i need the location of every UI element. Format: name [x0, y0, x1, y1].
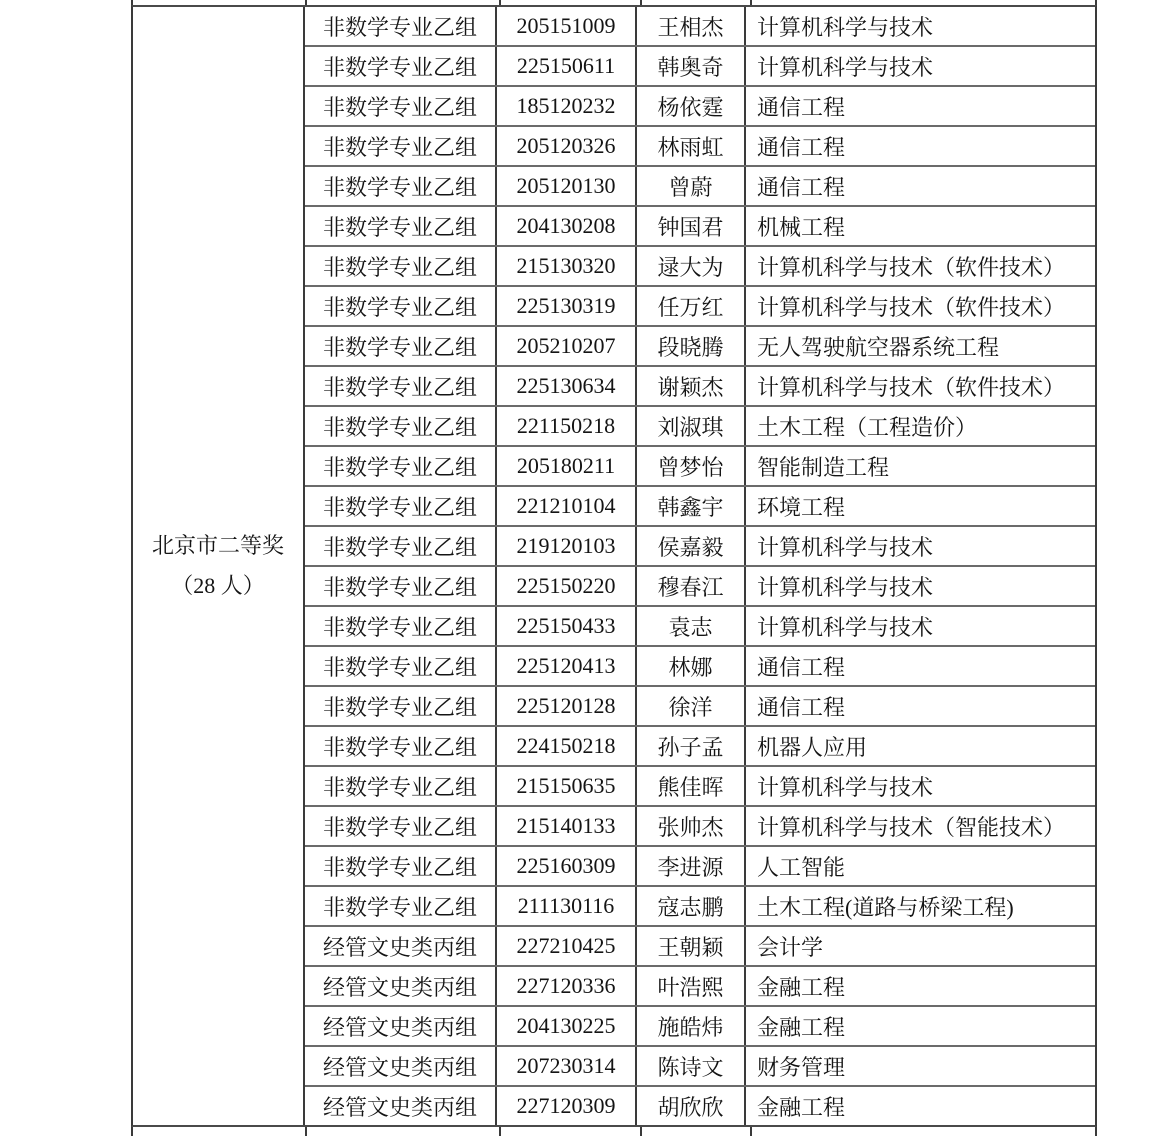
row-major-cell: 财务管理	[746, 1047, 1095, 1085]
row-group-cell: 非数学专业乙组	[305, 527, 497, 565]
table-row: 非数学专业乙组 205151009 王相杰 计算机科学与技术	[305, 7, 1095, 47]
table-row: 非数学专业乙组 225160309 李进源 人工智能	[305, 847, 1095, 887]
row-group-cell: 非数学专业乙组	[305, 247, 497, 285]
bottom-partial-row	[0, 1127, 1170, 1136]
table-row: 非数学专业乙组 215130320 逯大为 计算机科学与技术（软件技术）	[305, 247, 1095, 287]
award-merged-cell: 北京市二等奖 （28 人）	[133, 7, 305, 1125]
row-student-id-cell: 227120309	[497, 1087, 637, 1125]
row-student-id-cell: 225130634	[497, 367, 637, 405]
row-name-cell: 李进源	[637, 847, 746, 885]
row-group-cell: 非数学专业乙组	[305, 87, 497, 125]
grid-line-stub	[640, 1127, 642, 1136]
grid-line-stub	[305, 1127, 307, 1136]
row-student-id-cell: 205151009	[497, 7, 637, 45]
row-student-id-cell: 215150635	[497, 767, 637, 805]
row-group-cell: 非数学专业乙组	[305, 287, 497, 325]
row-student-id-cell: 215130320	[497, 247, 637, 285]
table-row: 非数学专业乙组 205120326 林雨虹 通信工程	[305, 127, 1095, 167]
row-student-id-cell: 225150611	[497, 47, 637, 85]
row-major-cell: 计算机科学与技术	[746, 47, 1095, 85]
row-student-id-cell: 225130319	[497, 287, 637, 325]
row-student-id-cell: 205120326	[497, 127, 637, 165]
row-student-id-cell: 185120232	[497, 87, 637, 125]
row-major-cell: 通信工程	[746, 647, 1095, 685]
award-title-line1: 北京市二等奖	[152, 526, 284, 566]
row-name-cell: 孙子孟	[637, 727, 746, 765]
row-major-cell: 机器人应用	[746, 727, 1095, 765]
row-major-cell: 计算机科学与技术	[746, 607, 1095, 645]
table-row: 经管文史类丙组 227210425 王朝颖 会计学	[305, 927, 1095, 967]
grid-line-stub	[131, 1127, 133, 1136]
row-major-cell: 通信工程	[746, 127, 1095, 165]
row-student-id-cell: 227120336	[497, 967, 637, 1005]
row-name-cell: 胡欣欣	[637, 1087, 746, 1125]
row-name-cell: 林娜	[637, 647, 746, 685]
row-student-id-cell: 205120130	[497, 167, 637, 205]
row-name-cell: 侯嘉毅	[637, 527, 746, 565]
row-group-cell: 非数学专业乙组	[305, 407, 497, 445]
table-row: 非数学专业乙组 219120103 侯嘉毅 计算机科学与技术	[305, 527, 1095, 567]
row-student-id-cell: 225160309	[497, 847, 637, 885]
row-major-cell: 金融工程	[746, 1087, 1095, 1125]
row-student-id-cell: 227210425	[497, 927, 637, 965]
row-student-id-cell: 204130208	[497, 207, 637, 245]
grid-line-stub	[750, 1127, 752, 1136]
row-group-cell: 经管文史类丙组	[305, 1007, 497, 1045]
row-name-cell: 袁志	[637, 607, 746, 645]
row-group-cell: 非数学专业乙组	[305, 887, 497, 925]
row-major-cell: 人工智能	[746, 847, 1095, 885]
row-group-cell: 非数学专业乙组	[305, 847, 497, 885]
row-student-id-cell: 205210207	[497, 327, 637, 365]
row-student-id-cell: 225120413	[497, 647, 637, 685]
row-name-cell: 张帅杰	[637, 807, 746, 845]
row-name-cell: 徐洋	[637, 687, 746, 725]
row-student-id-cell: 205180211	[497, 447, 637, 485]
row-name-cell: 刘淑琪	[637, 407, 746, 445]
row-student-id-cell: 224150218	[497, 727, 637, 765]
row-group-cell: 非数学专业乙组	[305, 727, 497, 765]
row-major-cell: 土木工程(道路与桥梁工程)	[746, 887, 1095, 925]
row-name-cell: 段晓腾	[637, 327, 746, 365]
row-group-cell: 非数学专业乙组	[305, 567, 497, 605]
row-major-cell: 计算机科学与技术	[746, 527, 1095, 565]
row-major-cell: 计算机科学与技术（智能技术）	[746, 807, 1095, 845]
row-name-cell: 寇志鹏	[637, 887, 746, 925]
table-row: 非数学专业乙组 185120232 杨依霆 通信工程	[305, 87, 1095, 127]
row-group-cell: 非数学专业乙组	[305, 447, 497, 485]
row-student-id-cell: 204130225	[497, 1007, 637, 1045]
row-major-cell: 计算机科学与技术	[746, 767, 1095, 805]
table-row: 经管文史类丙组 207230314 陈诗文 财务管理	[305, 1047, 1095, 1087]
row-major-cell: 计算机科学与技术（软件技术）	[746, 247, 1095, 285]
table-row: 非数学专业乙组 211130116 寇志鹏 土木工程(道路与桥梁工程)	[305, 887, 1095, 927]
row-student-id-cell: 207230314	[497, 1047, 637, 1085]
row-name-cell: 叶浩熙	[637, 967, 746, 1005]
table-row: 非数学专业乙组 215150635 熊佳晖 计算机科学与技术	[305, 767, 1095, 807]
table-row: 非数学专业乙组 215140133 张帅杰 计算机科学与技术（智能技术）	[305, 807, 1095, 847]
row-group-cell: 非数学专业乙组	[305, 807, 497, 845]
row-group-cell: 非数学专业乙组	[305, 207, 497, 245]
row-group-cell: 非数学专业乙组	[305, 687, 497, 725]
row-major-cell: 计算机科学与技术（软件技术）	[746, 287, 1095, 325]
row-name-cell: 施皓炜	[637, 1007, 746, 1045]
table-row: 非数学专业乙组 225150611 韩奥奇 计算机科学与技术	[305, 47, 1095, 87]
table-row: 经管文史类丙组 227120336 叶浩熙 金融工程	[305, 967, 1095, 1007]
row-major-cell: 计算机科学与技术（软件技术）	[746, 367, 1095, 405]
row-name-cell: 陈诗文	[637, 1047, 746, 1085]
row-group-cell: 非数学专业乙组	[305, 607, 497, 645]
row-student-id-cell: 221150218	[497, 407, 637, 445]
row-name-cell: 穆春江	[637, 567, 746, 605]
table-row: 非数学专业乙组 221150218 刘淑琪 土木工程（工程造价）	[305, 407, 1095, 447]
row-name-cell: 林雨虹	[637, 127, 746, 165]
row-name-cell: 逯大为	[637, 247, 746, 285]
row-group-cell: 经管文史类丙组	[305, 927, 497, 965]
document-page: 北京市二等奖 （28 人） 非数学专业乙组 205151009 王相杰 计算机科…	[0, 0, 1170, 1136]
row-major-cell: 无人驾驶航空器系统工程	[746, 327, 1095, 365]
row-group-cell: 非数学专业乙组	[305, 47, 497, 85]
row-group-cell: 非数学专业乙组	[305, 327, 497, 365]
row-student-id-cell: 219120103	[497, 527, 637, 565]
row-major-cell: 环境工程	[746, 487, 1095, 525]
table-row: 非数学专业乙组 205120130 曾蔚 通信工程	[305, 167, 1095, 207]
grid-line-stub	[1095, 1127, 1097, 1136]
row-name-cell: 王朝颖	[637, 927, 746, 965]
row-major-cell: 通信工程	[746, 87, 1095, 125]
table-row: 非数学专业乙组 225130634 谢颖杰 计算机科学与技术（软件技术）	[305, 367, 1095, 407]
row-name-cell: 韩奥奇	[637, 47, 746, 85]
table-row: 非数学专业乙组 225130319 任万红 计算机科学与技术（软件技术）	[305, 287, 1095, 327]
row-group-cell: 非数学专业乙组	[305, 167, 497, 205]
table-row: 非数学专业乙组 225120128 徐洋 通信工程	[305, 687, 1095, 727]
row-name-cell: 谢颖杰	[637, 367, 746, 405]
row-student-id-cell: 211130116	[497, 887, 637, 925]
award-title-line2: （28 人）	[171, 566, 265, 606]
row-major-cell: 金融工程	[746, 1007, 1095, 1045]
table-row: 经管文史类丙组 227120309 胡欣欣 金融工程	[305, 1087, 1095, 1125]
row-student-id-cell: 221210104	[497, 487, 637, 525]
row-group-cell: 非数学专业乙组	[305, 127, 497, 165]
row-student-id-cell: 225120128	[497, 687, 637, 725]
grid-line-stub	[499, 1127, 501, 1136]
row-major-cell: 金融工程	[746, 967, 1095, 1005]
table-row: 非数学专业乙组 224150218 孙子孟 机器人应用	[305, 727, 1095, 767]
table-row: 非数学专业乙组 225150433 袁志 计算机科学与技术	[305, 607, 1095, 647]
table-row: 非数学专业乙组 221210104 韩鑫宇 环境工程	[305, 487, 1095, 527]
row-major-cell: 计算机科学与技术	[746, 7, 1095, 45]
row-student-id-cell: 225150433	[497, 607, 637, 645]
row-name-cell: 曾梦怡	[637, 447, 746, 485]
row-major-cell: 土木工程（工程造价）	[746, 407, 1095, 445]
table-row: 非数学专业乙组 205180211 曾梦怡 智能制造工程	[305, 447, 1095, 487]
row-student-id-cell: 215140133	[497, 807, 637, 845]
row-group-cell: 非数学专业乙组	[305, 647, 497, 685]
row-name-cell: 曾蔚	[637, 167, 746, 205]
row-name-cell: 任万红	[637, 287, 746, 325]
row-name-cell: 韩鑫宇	[637, 487, 746, 525]
row-major-cell: 通信工程	[746, 167, 1095, 205]
row-group-cell: 经管文史类丙组	[305, 1087, 497, 1125]
row-group-cell: 非数学专业乙组	[305, 487, 497, 525]
row-group-cell: 非数学专业乙组	[305, 7, 497, 45]
row-major-cell: 通信工程	[746, 687, 1095, 725]
table-row: 非数学专业乙组 225150220 穆春江 计算机科学与技术	[305, 567, 1095, 607]
award-section-table: 北京市二等奖 （28 人） 非数学专业乙组 205151009 王相杰 计算机科…	[131, 5, 1097, 1127]
table-row: 经管文史类丙组 204130225 施皓炜 金融工程	[305, 1007, 1095, 1047]
row-student-id-cell: 225150220	[497, 567, 637, 605]
table-row: 非数学专业乙组 225120413 林娜 通信工程	[305, 647, 1095, 687]
row-group-cell: 非数学专业乙组	[305, 367, 497, 405]
row-name-cell: 熊佳晖	[637, 767, 746, 805]
row-group-cell: 非数学专业乙组	[305, 767, 497, 805]
row-group-cell: 经管文史类丙组	[305, 967, 497, 1005]
row-group-cell: 经管文史类丙组	[305, 1047, 497, 1085]
table-row: 非数学专业乙组 204130208 钟国君 机械工程	[305, 207, 1095, 247]
table-row: 非数学专业乙组 205210207 段晓腾 无人驾驶航空器系统工程	[305, 327, 1095, 367]
row-major-cell: 智能制造工程	[746, 447, 1095, 485]
row-major-cell: 计算机科学与技术	[746, 567, 1095, 605]
row-name-cell: 杨依霆	[637, 87, 746, 125]
row-major-cell: 机械工程	[746, 207, 1095, 245]
row-name-cell: 钟国君	[637, 207, 746, 245]
row-name-cell: 王相杰	[637, 7, 746, 45]
winner-rows: 非数学专业乙组 205151009 王相杰 计算机科学与技术 非数学专业乙组 2…	[305, 7, 1095, 1125]
row-major-cell: 会计学	[746, 927, 1095, 965]
